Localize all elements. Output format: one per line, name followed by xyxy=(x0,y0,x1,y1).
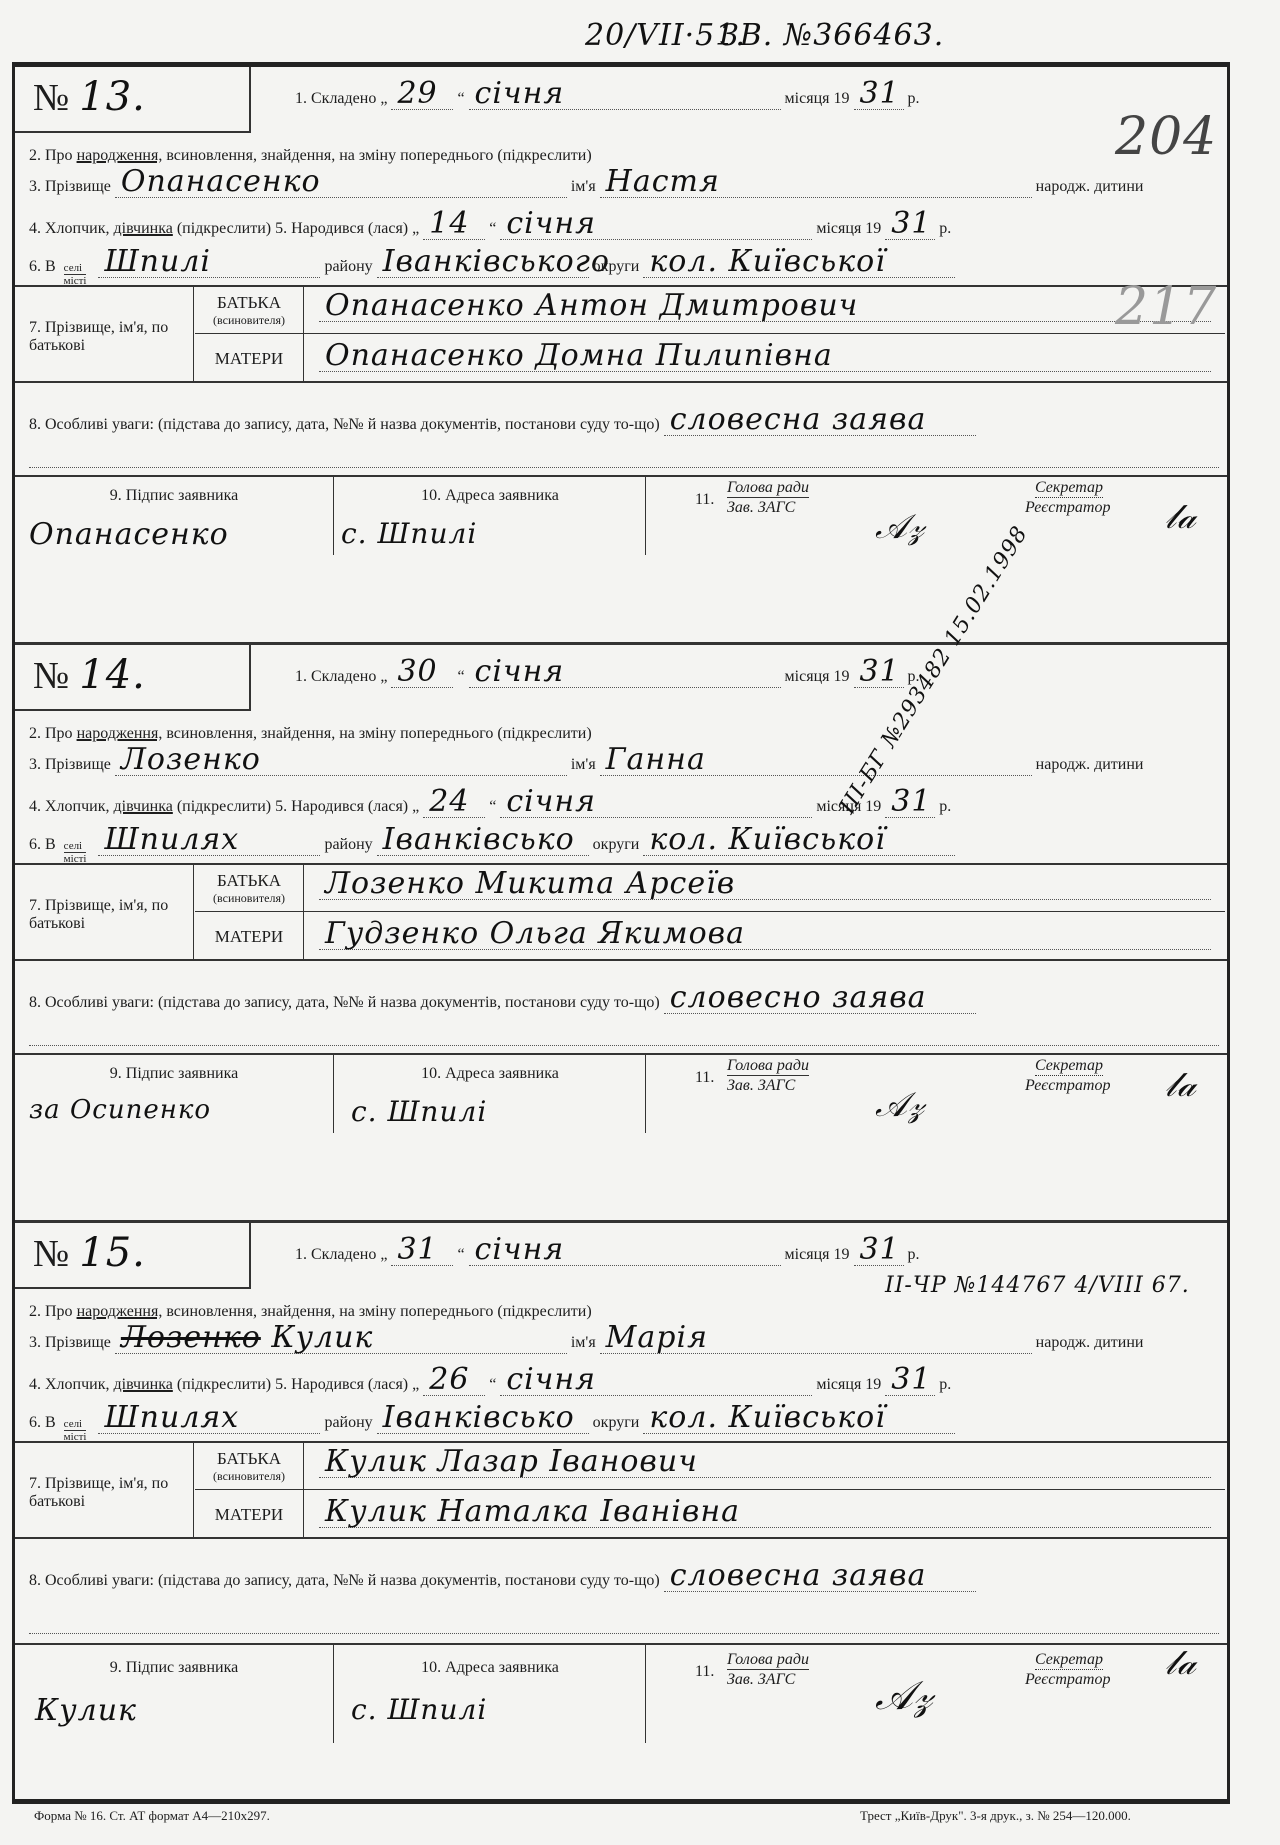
father-label: БАТЬКА(всиновителя) xyxy=(195,293,303,328)
composed-month: січня xyxy=(469,1235,781,1266)
applicant-sig-label: 9. Підпис заявника xyxy=(15,1659,333,1677)
mother-line: Кулик Наталка Іванівна xyxy=(315,1497,1215,1528)
composed-line: 1. Складено „ 30“ січня місяця 19 31 р. xyxy=(295,657,920,688)
item-11-label: 11. xyxy=(695,1069,714,1087)
head-signature: 𝒜𝓏 xyxy=(875,507,925,547)
item-11-label: 11. xyxy=(695,491,714,509)
composed-line: 1. Складено „ 31“ січня місяця 19 31 р. xyxy=(295,1235,920,1266)
father-label: БАТЬКА(всиновителя) xyxy=(195,871,303,906)
applicant-sig-label: 9. Підпис заявника xyxy=(15,487,333,505)
birth-year: 31 xyxy=(885,787,935,818)
event-type-line: 2. Про народження, всиновлення, знайденн… xyxy=(29,1303,592,1321)
parents-label: 7. Прізвище, ім'я, по батькові xyxy=(29,319,189,355)
birth-year: 31 xyxy=(885,209,935,240)
registry-form: №13. 1. Складено „ 29“ січня місяця 19 3… xyxy=(12,62,1230,1804)
divider xyxy=(15,1053,1227,1055)
applicant-addr-label: 10. Адреса заявника xyxy=(335,1659,645,1677)
father-line: Опанасенко Антон Дмитрович xyxy=(315,291,1215,322)
applicant-signature: Опанасенко xyxy=(29,517,229,552)
record-number-box: №13. xyxy=(15,67,251,133)
place-line: 6. В селімісті Шпилі району Іванківськог… xyxy=(29,247,959,287)
record-number-box: №14. xyxy=(15,645,251,711)
margin-note: 204 xyxy=(1115,107,1217,167)
composed-year: 31 xyxy=(854,1235,904,1266)
district: Іванківсько xyxy=(377,1403,589,1434)
mother-name: Гудзенко Ольга Якимова xyxy=(319,919,1211,950)
registrar-signature: 𝓁𝒶 xyxy=(1165,1065,1197,1105)
applicant-address: с. Шпилі xyxy=(351,1095,487,1128)
secretary-label: Секретар xyxy=(1035,479,1103,498)
divider xyxy=(645,475,646,555)
father-name: Кулик Лазар Іванович xyxy=(319,1447,1211,1478)
okrug: кол. Київської xyxy=(643,1403,955,1434)
event-type-line: 2. Про народження, всиновлення, знайденн… xyxy=(29,725,592,743)
registrar-label: Реєстратор xyxy=(1025,1671,1110,1689)
composed-year: 31 xyxy=(854,79,904,110)
divider xyxy=(195,1489,1225,1490)
remarks-value: словесно заява xyxy=(664,983,976,1014)
place: Шпилях xyxy=(98,825,320,856)
zags-label: Зав. ЗАГС xyxy=(727,1077,795,1095)
divider xyxy=(29,467,1219,468)
secretary-label: Секретар xyxy=(1035,1651,1103,1670)
divider xyxy=(29,1633,1219,1634)
divider xyxy=(333,1053,334,1133)
head-label: Голова ради xyxy=(727,1057,809,1076)
composed-month: січня xyxy=(469,657,781,688)
applicant-sig-label: 9. Підпис заявника xyxy=(15,1065,333,1083)
struck-surname: Лозенко xyxy=(121,1320,261,1355)
child-surname: Лозенко xyxy=(115,745,567,776)
divider xyxy=(15,1537,1227,1539)
remarks-line: 8. Особливі уваги: (підстава до запису, … xyxy=(29,1561,980,1592)
divider xyxy=(29,1045,1219,1046)
divider xyxy=(15,959,1227,961)
name-line: 3. Прізвище Лозенко Кулик ім'я Марія нар… xyxy=(29,1323,1143,1354)
registrar-signature: 𝓁𝒶 xyxy=(1165,1643,1197,1683)
mother-line: Гудзенко Ольга Якимова xyxy=(315,919,1215,950)
birth-line: 4. Хлопчик, дівчинка (підкреслити) 5. На… xyxy=(29,1365,951,1396)
head-label: Голова ради xyxy=(727,479,809,498)
name-line: 3. Прізвище Опанасенко ім'я Настя народж… xyxy=(29,167,1143,198)
divider xyxy=(333,1643,334,1743)
header-ref-note: ЗВ. №366463. xyxy=(720,18,944,53)
divider xyxy=(195,911,1225,912)
parents-label: 7. Прізвище, ім'я, по батькові xyxy=(29,897,189,933)
margin-note: 217 xyxy=(1115,277,1217,337)
divider xyxy=(15,475,1227,477)
applicant-address: с. Шпилі xyxy=(341,517,477,550)
district: Іванківсько xyxy=(377,825,589,856)
registrar-label: Реєстратор xyxy=(1025,1077,1110,1095)
applicant-addr-label: 10. Адреса заявника xyxy=(335,487,645,505)
father-name: Опанасенко Антон Дмитрович xyxy=(319,291,1211,322)
footer-printer-info: Трест „Київ-Друк". 3-я друк., з. № 254—1… xyxy=(860,1808,1131,1824)
birth-month: січня xyxy=(500,787,812,818)
divider xyxy=(15,285,1227,287)
divider xyxy=(193,285,194,381)
extra-note: ІІ-ЧР №144767 4/VIII 67. xyxy=(885,1273,1190,1298)
child-name: Настя xyxy=(600,167,1032,198)
district: Іванківського xyxy=(377,247,589,278)
mother-name: Кулик Наталка Іванівна xyxy=(319,1497,1211,1528)
divider xyxy=(195,333,1225,334)
composed-year: 31 xyxy=(854,657,904,688)
footer-form-info: Форма № 16. Ст. АТ формат А4—210x297. xyxy=(34,1808,270,1824)
record-number-box: №15. xyxy=(15,1223,251,1289)
mother-line: Опанасенко Домна Пилипівна xyxy=(315,341,1215,372)
divider xyxy=(645,1643,646,1743)
divider xyxy=(645,1053,646,1133)
place: Шпилях xyxy=(98,1403,320,1434)
mother-name: Опанасенко Домна Пилипівна xyxy=(319,341,1211,372)
record-number: 15. xyxy=(79,1230,146,1276)
event-type-line: 2. Про народження, всиновлення, знайденн… xyxy=(29,147,592,165)
birth-year: 31 xyxy=(885,1365,935,1396)
head-signature: 𝒜𝓏 xyxy=(875,1673,933,1719)
birth-day: 26 xyxy=(423,1365,485,1396)
record-number: 13. xyxy=(79,74,146,120)
mother-label: МАТЕРИ xyxy=(195,927,303,947)
applicant-addr-label: 10. Адреса заявника xyxy=(335,1065,645,1083)
okrug: кол. Київської xyxy=(643,247,955,278)
name-line: 3. Прізвище Лозенко ім'я Ганна народж. д… xyxy=(29,745,1143,776)
place-line: 6. В селімісті Шпилях району Іванківсько… xyxy=(29,825,959,865)
composed-day: 29 xyxy=(391,79,453,110)
father-label: БАТЬКА(всиновителя) xyxy=(195,1449,303,1484)
record-14: №14. 1. Складено „ 30“ січня місяця 19 3… xyxy=(15,645,1227,1223)
record-13: №13. 1. Складено „ 29“ січня місяця 19 3… xyxy=(15,67,1227,645)
zags-label: Зав. ЗАГС xyxy=(727,1671,795,1689)
applicant-signature: Кулик xyxy=(35,1693,137,1728)
composed-month: січня xyxy=(469,79,781,110)
secretary-label: Секретар xyxy=(1035,1057,1103,1076)
child-name: Марія xyxy=(600,1323,1032,1354)
divider xyxy=(15,863,1227,865)
applicant-address: с. Шпилі xyxy=(351,1693,487,1726)
child-surname: Лозенко Кулик xyxy=(115,1323,567,1354)
divider xyxy=(193,1441,194,1537)
remarks-value: словесна заява xyxy=(664,1561,976,1592)
item-11-label: 11. xyxy=(695,1663,714,1681)
birth-month: січня xyxy=(500,209,812,240)
father-name: Лозенко Микита Арсеїв xyxy=(319,869,1211,900)
remarks-value: словесна заява xyxy=(664,405,976,436)
child-surname: Опанасенко xyxy=(115,167,567,198)
okrug: кол. Київської xyxy=(643,825,955,856)
composed-day: 31 xyxy=(391,1235,453,1266)
composed-line: 1. Складено „ 29“ січня місяця 19 31 р. xyxy=(295,79,920,110)
applicant-signature: за Осипенко xyxy=(29,1095,211,1125)
mother-label: МАТЕРИ xyxy=(195,1505,303,1525)
father-line: Лозенко Микита Арсеїв xyxy=(315,869,1215,900)
remarks-line: 8. Особливі уваги: (підстава до запису, … xyxy=(29,405,980,436)
birth-line: 4. Хлопчик, дівчинка (підкреслити) 5. На… xyxy=(29,209,951,240)
divider xyxy=(15,1441,1227,1443)
parents-label: 7. Прізвище, ім'я, по батькові xyxy=(29,1475,189,1511)
head-signature: 𝒜𝓏 xyxy=(875,1085,925,1125)
child-name: Ганна xyxy=(600,745,1032,776)
birth-line: 4. Хлопчик, дівчинка (підкреслити) 5. На… xyxy=(29,787,951,818)
divider xyxy=(15,381,1227,383)
remarks-line: 8. Особливі уваги: (підстава до запису, … xyxy=(29,983,980,1014)
zags-label: Зав. ЗАГС xyxy=(727,499,795,517)
record-15: №15. 1. Складено „ 31“ січня місяця 19 3… xyxy=(15,1223,1227,1801)
divider xyxy=(333,475,334,555)
divider xyxy=(15,1643,1227,1645)
registrar-signature: 𝓁𝒶 xyxy=(1165,497,1197,537)
record-number: 14. xyxy=(79,652,146,698)
head-label: Голова ради xyxy=(727,1651,809,1670)
place: Шпилі xyxy=(98,247,320,278)
mother-label: МАТЕРИ xyxy=(195,349,303,369)
birth-day: 24 xyxy=(423,787,485,818)
divider xyxy=(193,863,194,959)
place-line: 6. В селімісті Шпилях району Іванківсько… xyxy=(29,1403,959,1443)
father-line: Кулик Лазар Іванович xyxy=(315,1447,1215,1478)
birth-day: 14 xyxy=(423,209,485,240)
birth-month: січня xyxy=(500,1365,812,1396)
registrar-label: Реєстратор xyxy=(1025,499,1110,517)
composed-day: 30 xyxy=(391,657,453,688)
